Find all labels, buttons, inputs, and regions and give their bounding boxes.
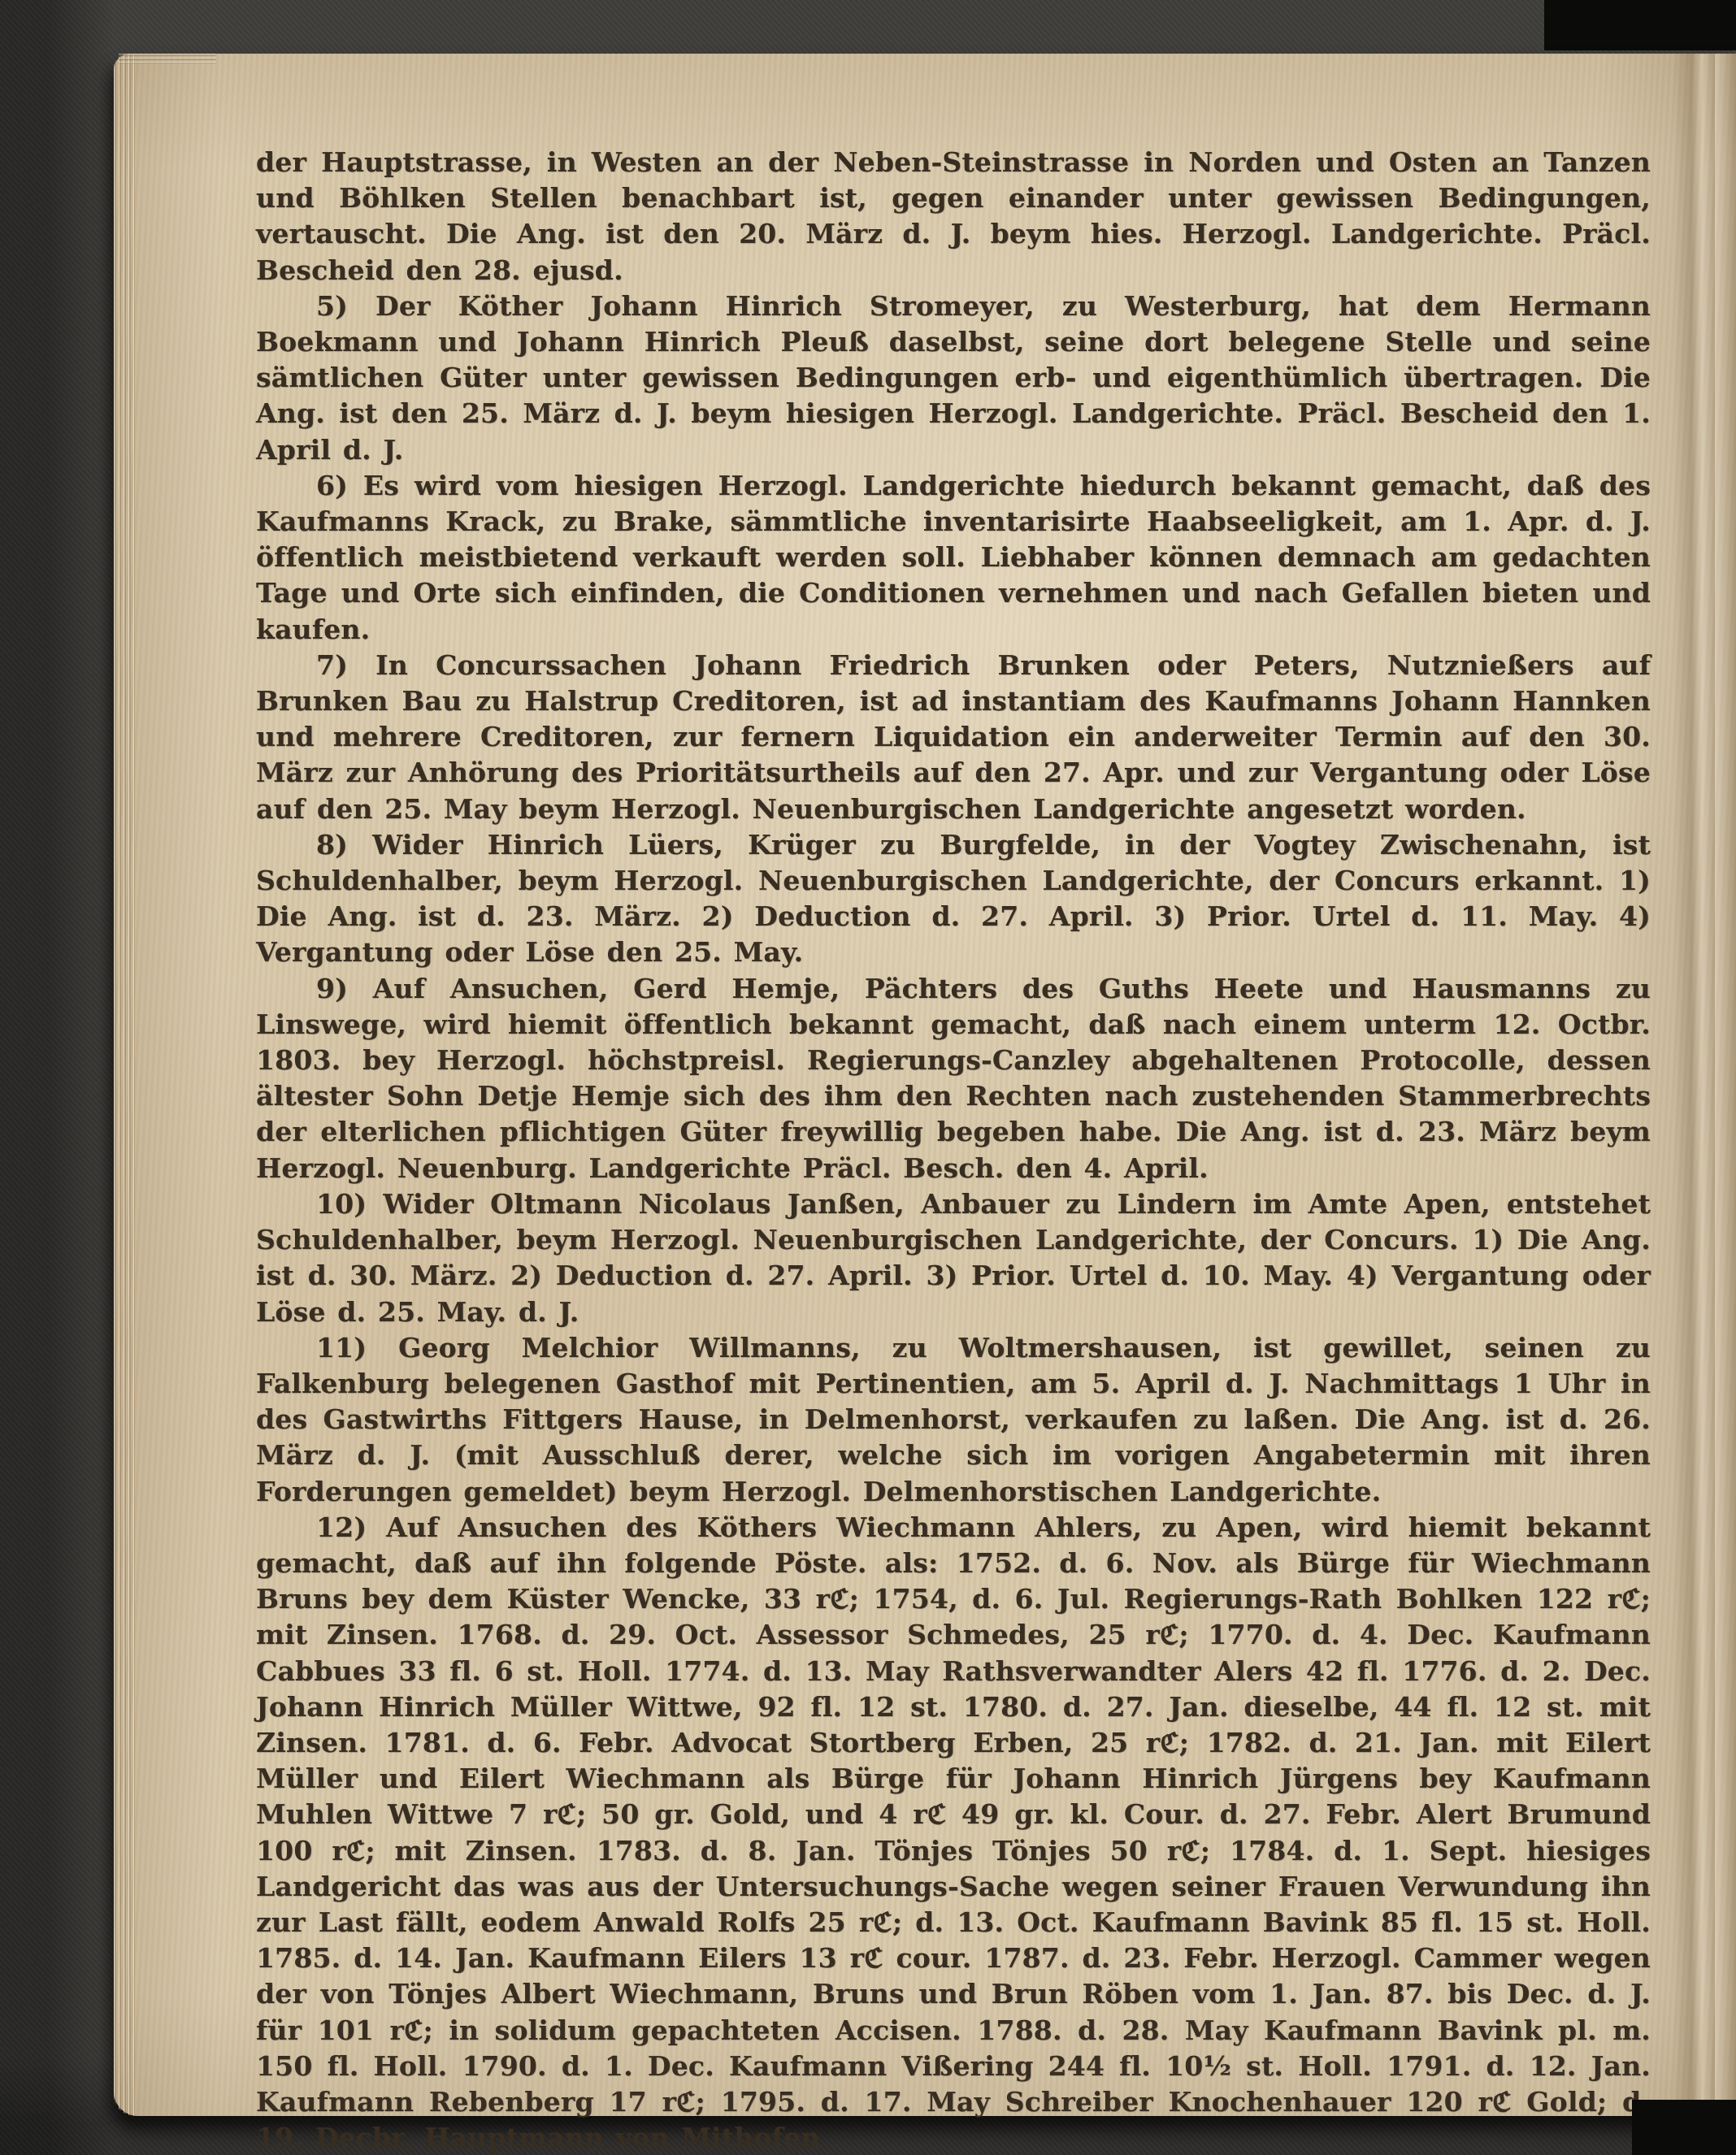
page-edge-stack-top [119, 54, 216, 63]
paragraph-item-11: 11) Georg Melchior Willmanns, zu Woltmer… [256, 1330, 1651, 1510]
page-right-curl [1715, 54, 1736, 2116]
paragraph-continuation: der Hauptstrasse, in Westen an der Neben… [256, 145, 1651, 288]
page-edge-stack-left [114, 54, 135, 2116]
paragraph-item-9: 9) Auf Ansuchen, Gerd Hemje, Pächters de… [256, 971, 1651, 1186]
book-page: der Hauptstrasse, in Westen an der Neben… [114, 54, 1736, 2116]
paragraph-item-7: 7) In Concurssachen Johann Friedrich Bru… [256, 648, 1651, 827]
scanner-mask-bottom-right [1632, 2100, 1736, 2155]
page-text-block: der Hauptstrasse, in Westen an der Neben… [256, 145, 1651, 2155]
paragraph-item-8: 8) Wider Hinrich Lüers, Krüger zu Burgfe… [256, 827, 1651, 971]
page-fold-crease [1673, 54, 1715, 2116]
paragraph-item-5: 5) Der Köther Johann Hinrich Stromeyer, … [256, 288, 1651, 468]
scanner-mask-top-right [1544, 0, 1736, 50]
paragraph-item-6: 6) Es wird vom hiesigen Herzogl. Landger… [256, 468, 1651, 648]
paragraph-item-12: 12) Auf Ansuchen des Köthers Wiechmann A… [256, 1510, 1651, 2155]
paragraph-item-10: 10) Wider Oltmann Nicolaus Janßen, Anbau… [256, 1186, 1651, 1330]
